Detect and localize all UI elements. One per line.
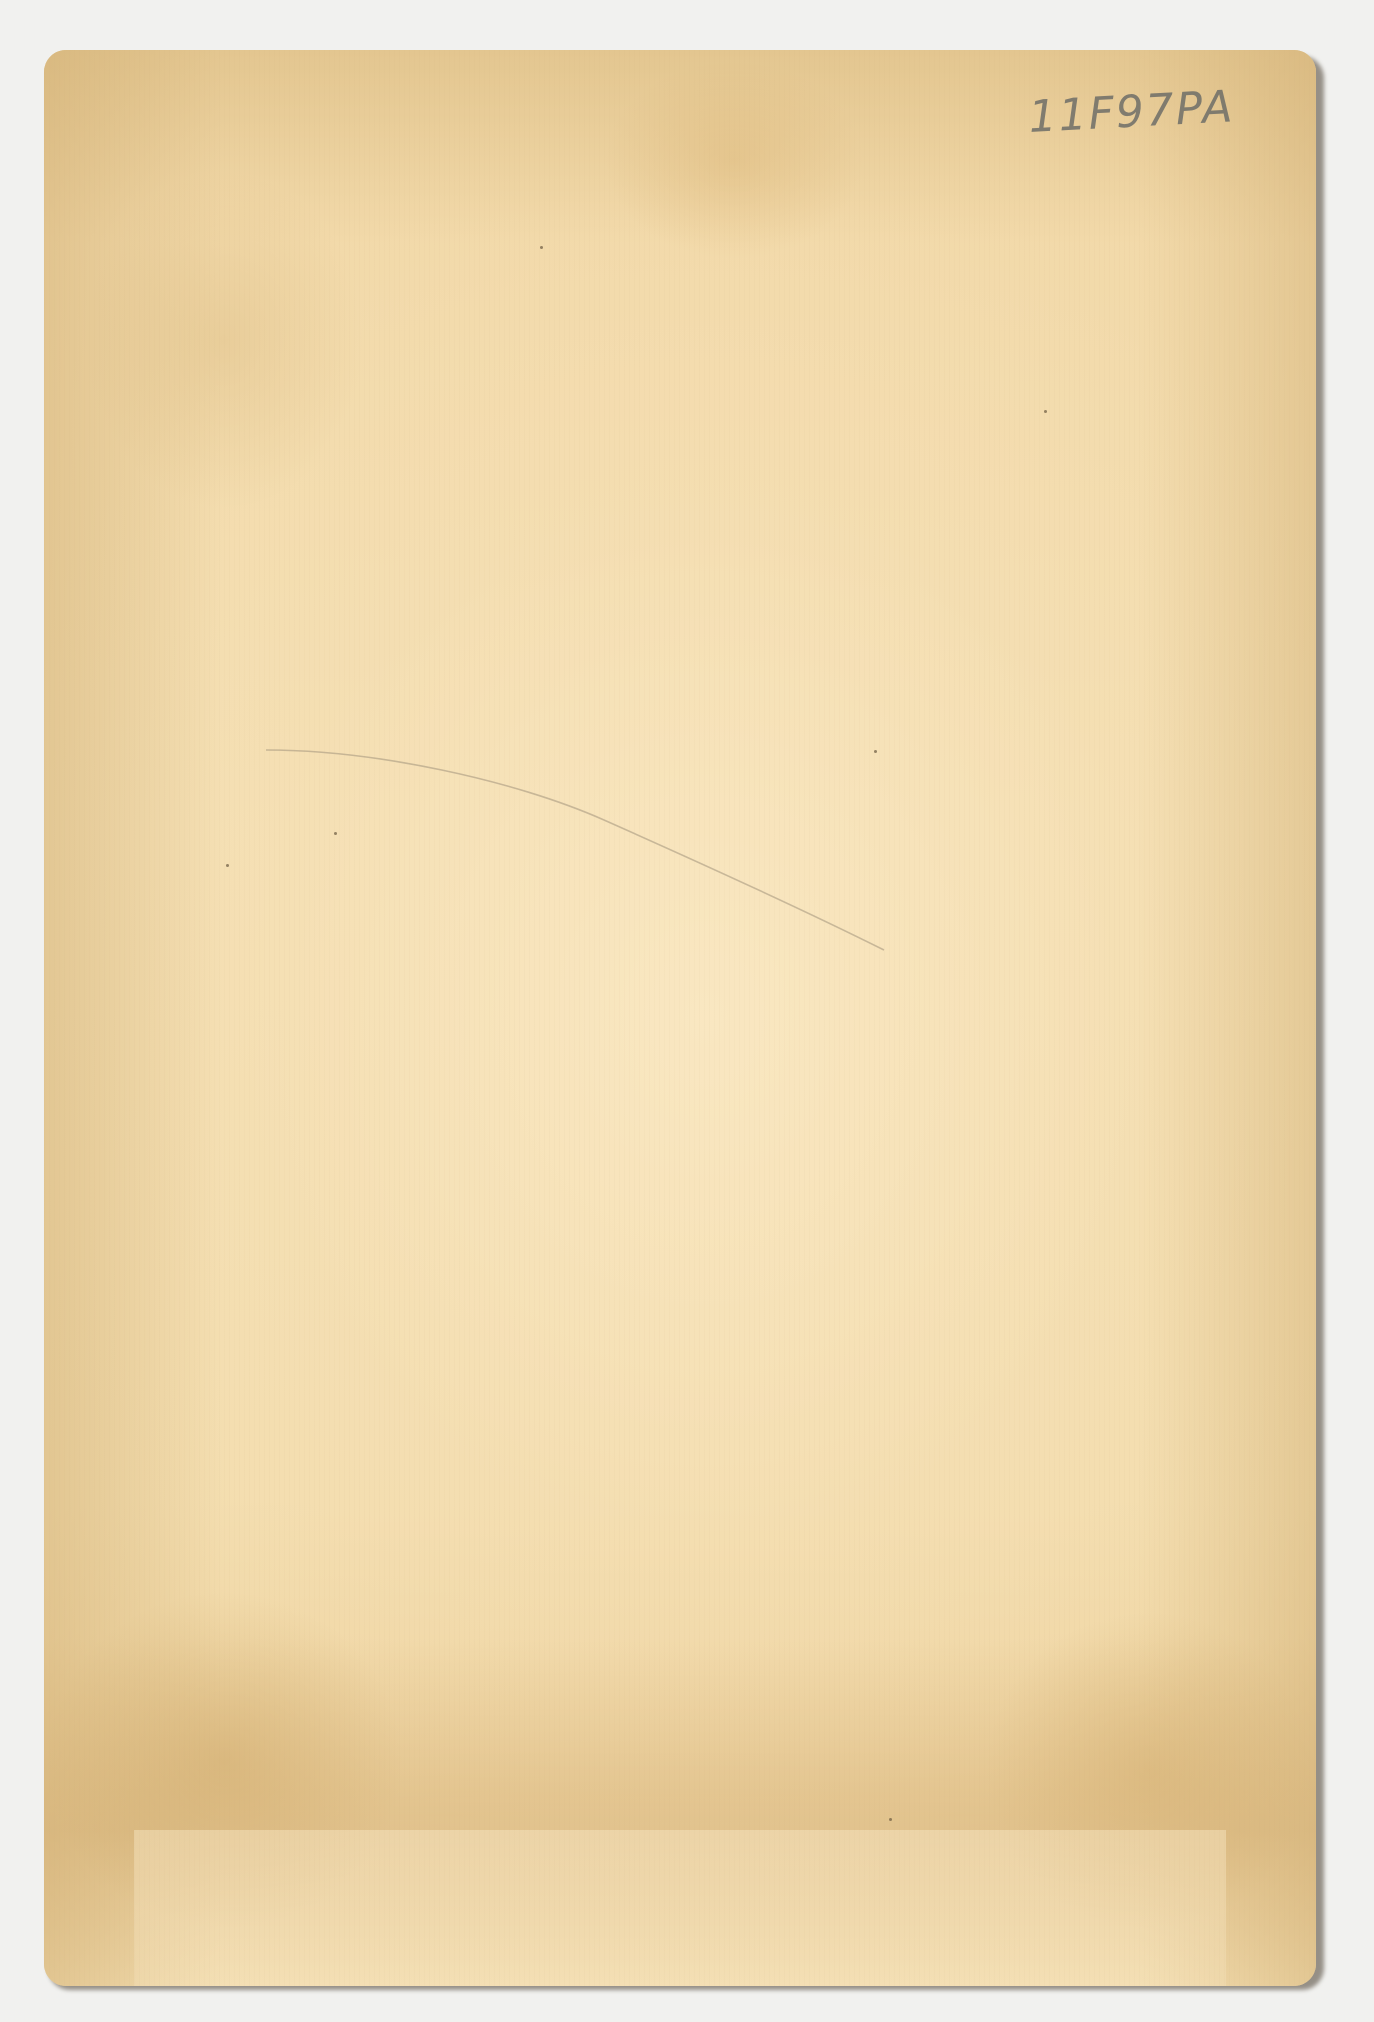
paper-texture	[44, 50, 1316, 1986]
photo-card-back: 11F97PA	[44, 50, 1316, 1986]
paper-speck	[889, 1818, 892, 1821]
paper-speck	[1044, 410, 1047, 413]
paper-speck	[874, 750, 877, 753]
paper-speck	[226, 864, 229, 867]
pencil-catalog-number: 11F97PA	[1027, 81, 1235, 143]
paper-speck	[540, 246, 543, 249]
paper-speck	[334, 832, 337, 835]
